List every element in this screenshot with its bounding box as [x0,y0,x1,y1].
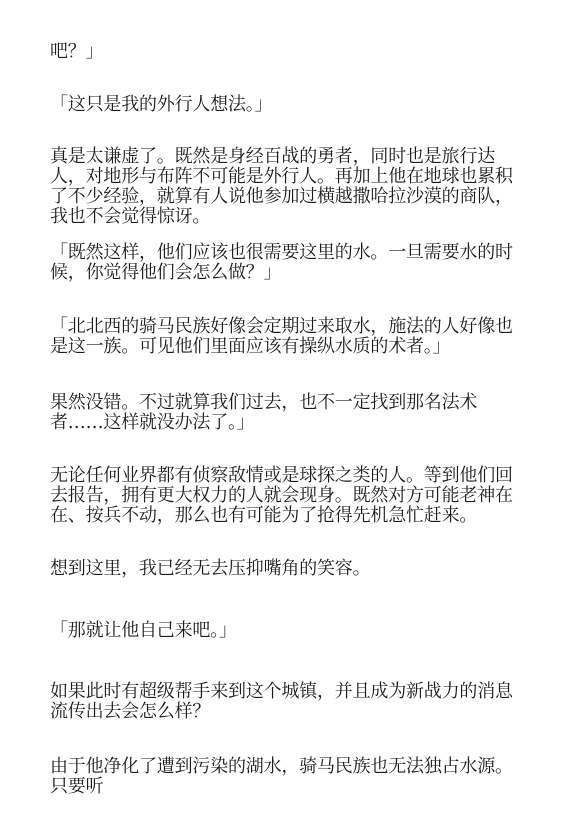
paragraph-5: 「北北西的骑马民族好像会定期过来取水，施法的人好像也是这一族。可见他们里面应该有… [50,317,530,357]
paragraph-4: 「既然这样，他们应该也很需要这里的水。一旦需要水的时候，你觉得他们会怎么做？」 [50,243,530,283]
paragraph-1: 吧？」 [50,42,530,62]
paragraph-9: 「那就让他自己来吧。」 [50,621,530,641]
paragraph-11: 由于他净化了遭到污染的湖水，骑马民族也无法独占水源。只要听 [50,757,530,797]
paragraph-3: 真是太谦虚了。既然是身经百战的勇者，同时也是旅行达人，对地形与布阵不可能是外行人… [50,147,530,227]
paragraph-6: 果然没错。不过就算我们过去，也不一定找到那名法术者……这样就没办法了。」 [50,393,530,433]
paragraph-7: 无论任何业界都有侦察敌情或是球探之类的人。等到他们回去报告，拥有更大权力的人就会… [50,466,530,526]
paragraph-10: 如果此时有超级帮手来到这个城镇，并且成为新战力的消息流传出去会怎么样？ [50,682,530,722]
paragraph-2: 「这只是我的外行人想法。」 [50,95,530,115]
paragraph-8: 想到这里，我已经无去压抑嘴角的笑容。 [50,559,530,579]
